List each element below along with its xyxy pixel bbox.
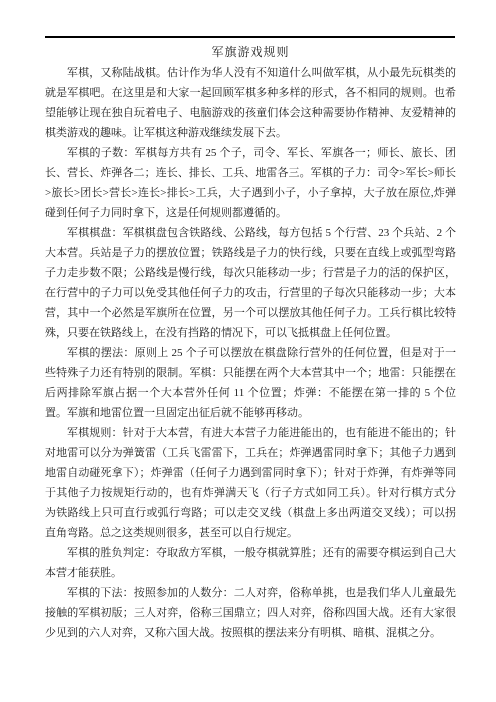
paragraph-play-modes: 军棋的下法：按照参加的人数分：二人对弈，俗称单挑，也是我们华人儿童最先接触的军棋… bbox=[45, 583, 456, 643]
paragraph-board: 军棋棋盘：军棋棋盘包含铁路线、公路线，每方包括 5 个行营、23 个兵站、2 个… bbox=[45, 223, 456, 343]
paragraph-rules: 军棋规则：针对于大本营，有进大本营子力能进能出的，也有能进不能出的；针对地雷可以… bbox=[45, 423, 456, 543]
paragraph-intro: 军棋，又称陆战棋。估计作为华人没有不知道什么叫做军棋，从小最先玩棋类的就是军棋吧… bbox=[45, 63, 456, 143]
paragraph-victory: 军棋的胜负判定：夺取敌方军棋，一般夺棋就算胜；还有的需要夺棋运到自己大本营才能获… bbox=[45, 543, 456, 583]
document-title: 军旗游戏规则 bbox=[45, 43, 456, 61]
paragraph-setup: 军棋的摆法：原则上 25 个子可以摆放在棋盘除行营外的任何位置，但是对于一些特殊… bbox=[45, 343, 456, 423]
document-content: 军旗游戏规则 军棋，又称陆战棋。估计作为华人没有不知道什么叫做军棋，从小最先玩棋… bbox=[45, 43, 456, 643]
header-divider-line bbox=[45, 36, 455, 38]
paragraph-piece-count: 军棋的子数：军棋每方共有 25 个子，司令、军长、军旗各一；师长、旅长、团长、营… bbox=[45, 143, 456, 223]
document-page: 军旗游戏规则 军棋，又称陆战棋。估计作为华人没有不知道什么叫做军棋，从小最先玩棋… bbox=[0, 0, 496, 702]
